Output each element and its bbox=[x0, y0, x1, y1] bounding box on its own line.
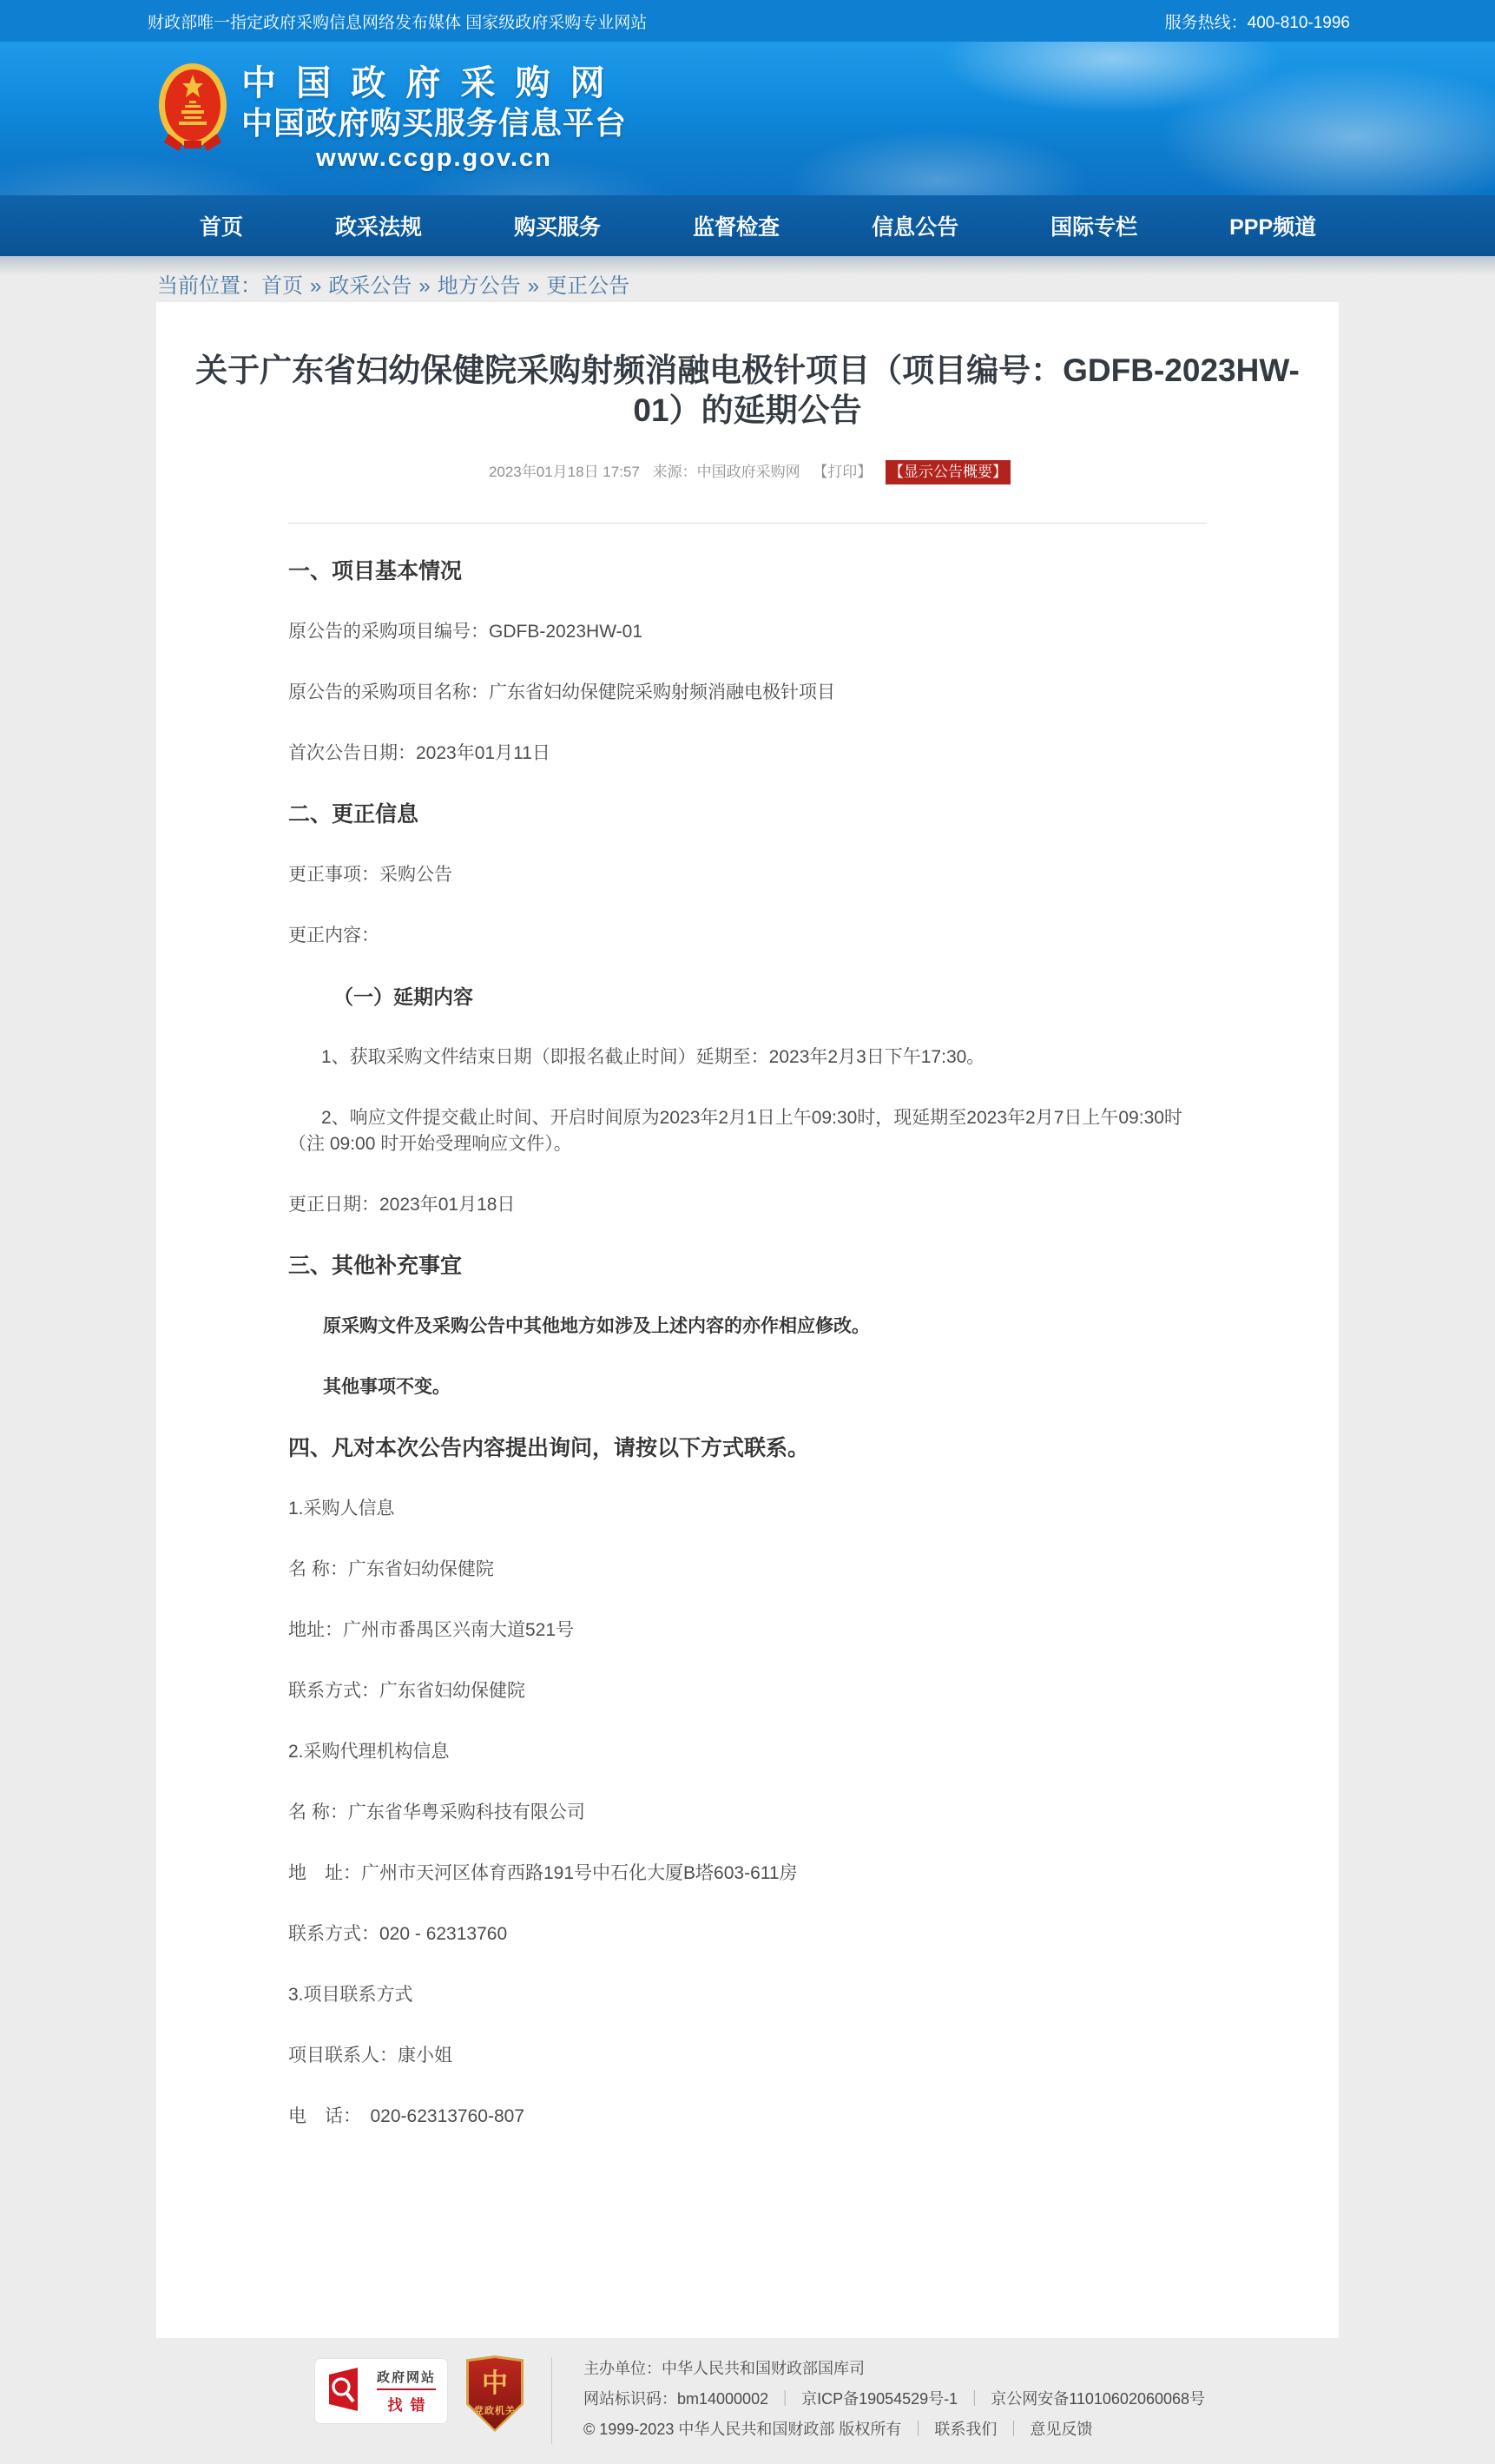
site-tagline: 财政部唯一指定政府采购信息网络发布媒体 国家级政府采购专业网站 bbox=[148, 10, 647, 33]
site-banner: 中 国 政 府 采 购 网 中国政府购买服务信息平台 www.ccgp.gov.… bbox=[0, 42, 1495, 195]
article-meta: 2023年01月18日 17:57 来源：中国政府采购网 【打印】 【显示公告概… bbox=[156, 460, 1339, 484]
publish-datetime: 2023年01月18日 17:57 bbox=[489, 464, 640, 480]
article-paragraph: 项目联系人：康小姐 bbox=[288, 2043, 1207, 2069]
show-summary-button[interactable]: 【显示公告概要】 bbox=[886, 460, 1011, 484]
footer-separator: ｜ bbox=[1005, 2421, 1021, 2438]
platform-name: 中国政府购买服务信息平台 bbox=[241, 104, 627, 142]
footer-security-link[interactable]: 京公网安备11010602060068号 bbox=[991, 2390, 1205, 2408]
gov-site-find-error-badge[interactable]: 政府网站 找错 bbox=[315, 2359, 447, 2423]
article-paragraph: 联系方式：广东省妇幼保健院 bbox=[288, 1678, 1207, 1704]
article-paragraph: 原公告的采购项目名称：广东省妇幼保健院采购射频消融电极针项目 bbox=[288, 680, 1207, 706]
article-paragraph: 更正日期：2023年01月18日 bbox=[288, 1192, 1207, 1218]
footer-separator: ｜ bbox=[910, 2421, 925, 2438]
nav-item-ppp-channel[interactable]: PPP频道 bbox=[1229, 210, 1316, 241]
site-url: www.ccgp.gov.cn bbox=[241, 142, 627, 174]
article-paragraph: 名 称：广东省华粤采购科技有限公司 bbox=[288, 1800, 1207, 1826]
footer-feedback-link[interactable]: 意见反馈 bbox=[1030, 2421, 1092, 2438]
footer-host-line: 主办单位：中华人民共和国财政部国库司 bbox=[583, 2354, 1205, 2384]
breadcrumb-item-announcements[interactable]: 政采公告 bbox=[328, 274, 412, 298]
find-error-rule bbox=[377, 2388, 436, 2390]
article-paragraph: 原采购文件及采购公告中其他地方如涉及上述内容的亦作相应修改。 bbox=[288, 1314, 1207, 1340]
find-error-badge-text: 政府网站 找错 bbox=[377, 2368, 436, 2415]
breadcrumb-item-home[interactable]: 首页 bbox=[261, 274, 303, 298]
footer-copyright-line: © 1999-2023 中华人民共和国财政部 版权所有｜联系我们｜意见反馈 bbox=[583, 2415, 1205, 2445]
section-heading-4: 四、凡对本次公告内容提出询问，请按以下方式联系。 bbox=[288, 1435, 1207, 1461]
article-paragraph: 2、响应文件提交截止时间、开启时间原为2023年2月1日上午09:30时，现延期… bbox=[288, 1105, 1207, 1157]
footer-host: 主办单位：中华人民共和国财政部国库司 bbox=[583, 2360, 865, 2377]
breadcrumb-separator: » bbox=[528, 274, 539, 298]
main-nav: 首页 政采法规 购买服务 监督检查 信息公告 国际专栏 PPP频道 bbox=[0, 195, 1495, 256]
article-paragraph: 地 址：广州市天河区体育西路191号中石化大厦B塔603-611房 bbox=[288, 1861, 1207, 1887]
print-button[interactable]: 【打印】 bbox=[813, 464, 872, 480]
nav-item-purchase-services[interactable]: 购买服务 bbox=[514, 210, 601, 241]
party-shield-icon[interactable]: 中 党政机关 bbox=[466, 2355, 524, 2432]
page-footer: 政府网站 找错 中 党政机关 主办单位：中华人民共和国财政部国库司 网站标识码：… bbox=[0, 2338, 1495, 2464]
footer-registration-line: 网站标识码：bm14000002｜京ICP备19054529号-1｜京公网安备1… bbox=[583, 2384, 1205, 2415]
article-paragraph: 更正事项：采购公告 bbox=[288, 862, 1207, 888]
article-paragraph: 联系方式：020 - 62313760 bbox=[288, 1921, 1207, 1947]
nav-item-home[interactable]: 首页 bbox=[200, 210, 243, 241]
article-paragraph: 2.采购代理机构信息 bbox=[288, 1739, 1207, 1765]
nav-item-international[interactable]: 国际专栏 bbox=[1050, 210, 1137, 241]
article-paragraph: 其他事项不变。 bbox=[288, 1374, 1207, 1400]
article-paragraph: 地址：广州市番禺区兴南大道521号 bbox=[288, 1617, 1207, 1644]
party-shield-inner: 中 党政机关 bbox=[469, 2358, 521, 2429]
section-heading-2: 二、更正信息 bbox=[288, 801, 1207, 827]
national-emblem-icon bbox=[158, 63, 227, 151]
party-shield-glyph: 中 bbox=[482, 2370, 508, 2398]
footer-site-code: 网站标识码：bm14000002 bbox=[583, 2390, 768, 2408]
nav-item-announcements[interactable]: 信息公告 bbox=[872, 210, 958, 241]
footer-copyright: © 1999-2023 中华人民共和国财政部 版权所有 bbox=[583, 2421, 901, 2438]
article-paragraph: 1.采购人信息 bbox=[288, 1496, 1207, 1522]
footer-separator: ｜ bbox=[777, 2390, 793, 2408]
article-paragraph: 原公告的采购项目编号：GDFB-2023HW-01 bbox=[288, 619, 1207, 645]
breadcrumb: 当前位置：首页»政采公告»地方公告»更正公告 bbox=[0, 256, 1495, 302]
article-paragraph: 更正内容： bbox=[288, 923, 1207, 949]
article-paragraph: 首次公告日期：2023年01月11日 bbox=[288, 741, 1207, 767]
find-error-line1: 政府网站 bbox=[377, 2370, 436, 2385]
article-source: 来源：中国政府采购网 bbox=[653, 464, 800, 480]
section-heading-1: 一、项目基本情况 bbox=[288, 558, 1207, 584]
article-card: 关于广东省妇幼保健院采购射频消融电极针项目（项目编号：GDFB-2023HW-0… bbox=[156, 302, 1339, 2338]
nav-item-supervision[interactable]: 监督检查 bbox=[693, 210, 780, 241]
footer-info: 主办单位：中华人民共和国财政部国库司 网站标识码：bm14000002｜京ICP… bbox=[583, 2354, 1205, 2445]
find-error-line2: 找错 bbox=[377, 2393, 436, 2415]
article-paragraph: 3.项目联系方式 bbox=[288, 1982, 1207, 2008]
breadcrumb-separator: » bbox=[418, 274, 430, 298]
article-body: 一、项目基本情况 原公告的采购项目编号：GDFB-2023HW-01 原公告的采… bbox=[288, 524, 1207, 2164]
site-name: 中 国 政 府 采 购 网 bbox=[241, 63, 627, 104]
top-utility-bar: 财政部唯一指定政府采购信息网络发布媒体 国家级政府采购专业网站 服务热线：400… bbox=[0, 0, 1495, 42]
footer-separator: ｜ bbox=[966, 2390, 982, 2408]
breadcrumb-item-correction[interactable]: 更正公告 bbox=[546, 274, 629, 298]
service-hotline: 服务热线：400-810-1996 bbox=[1165, 10, 1350, 33]
breadcrumb-item-local[interactable]: 地方公告 bbox=[438, 274, 521, 298]
magnifier-flag-icon bbox=[326, 2366, 370, 2417]
page-title: 关于广东省妇幼保健院采购射频消融电极针项目（项目编号：GDFB-2023HW-0… bbox=[192, 351, 1303, 431]
subsection-heading: （一）延期内容 bbox=[288, 984, 1207, 1010]
site-identity: 中 国 政 府 采 购 网 中国政府购买服务信息平台 www.ccgp.gov.… bbox=[241, 63, 627, 195]
article-paragraph: 电 话： 020-62313760-807 bbox=[288, 2104, 1207, 2130]
article-paragraph: 名 称：广东省妇幼保健院 bbox=[288, 1557, 1207, 1583]
section-heading-3: 三、其他补充事宜 bbox=[288, 1253, 1207, 1279]
breadcrumb-separator: » bbox=[310, 274, 321, 298]
footer-contact-link[interactable]: 联系我们 bbox=[934, 2421, 997, 2438]
breadcrumb-label: 当前位置： bbox=[157, 274, 261, 298]
party-shield-label: 党政机关 bbox=[474, 2403, 516, 2417]
footer-icp-link[interactable]: 京ICP备19054529号-1 bbox=[801, 2390, 958, 2408]
nav-item-regulations[interactable]: 政采法规 bbox=[335, 210, 422, 241]
article-paragraph: 1、获取采购文件结束日期（即报名截止时间）延期至：2023年2月3日下午17:3… bbox=[288, 1044, 1207, 1071]
footer-divider bbox=[551, 2357, 552, 2444]
